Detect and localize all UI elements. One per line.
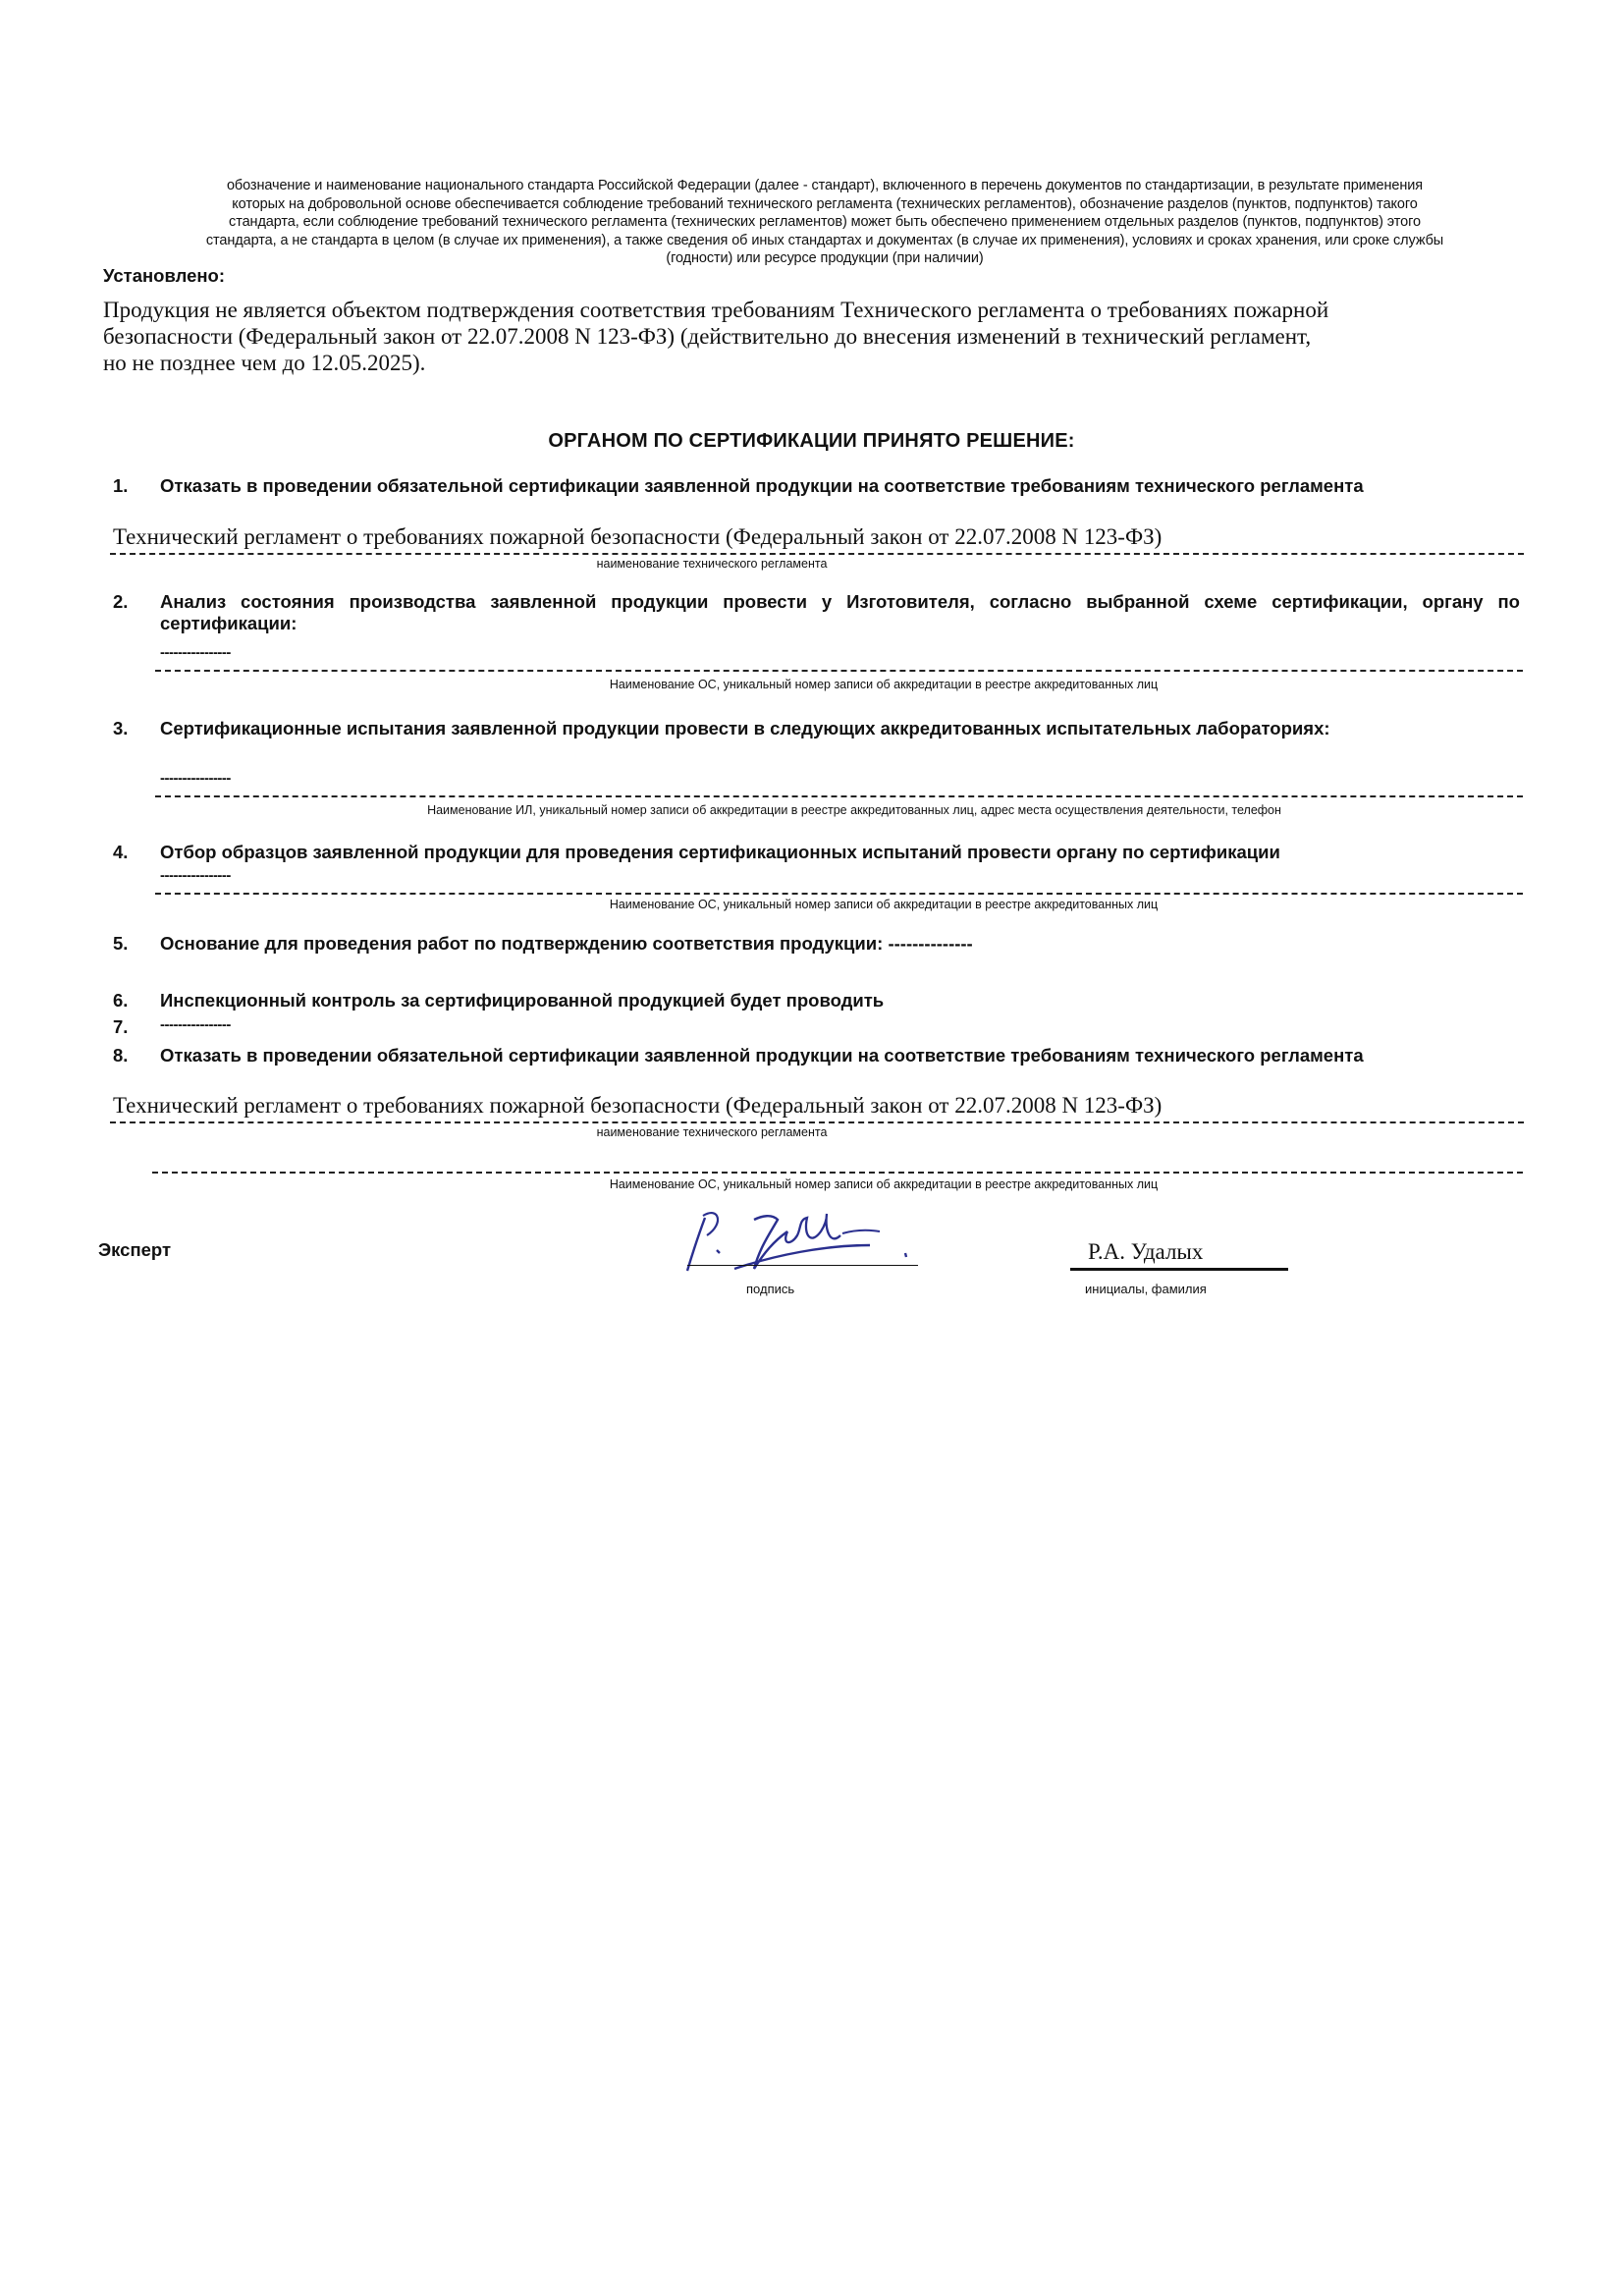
item-text: Отбор образцов заявленной продукции для … bbox=[160, 842, 1535, 863]
expert-label: Эксперт bbox=[98, 1239, 171, 1261]
note-line: стандарта, а не стандарта в целом (в слу… bbox=[98, 232, 1551, 250]
fill-line bbox=[155, 893, 1523, 895]
standard-description-note: обозначение и наименование национального… bbox=[98, 177, 1551, 268]
item-text: Основание для проведения работ по подтве… bbox=[160, 933, 1436, 955]
expert-name: Р.А. Удалых bbox=[1088, 1239, 1203, 1265]
signature-caption: подпись bbox=[746, 1282, 794, 1296]
note-line: которых на добровольной основе обеспечив… bbox=[98, 195, 1551, 214]
field-caption: Наименование ОС, уникальный номер записи… bbox=[393, 678, 1375, 691]
note-line: (годности) или ресурсе продукции (при на… bbox=[98, 249, 1551, 268]
established-line: но не позднее чем до 12.05.2025). bbox=[103, 350, 1546, 376]
field-caption: Наименование ИЛ, уникальный номер записи… bbox=[236, 803, 1473, 817]
fill-line bbox=[110, 553, 1524, 555]
field-caption: Наименование ОС, уникальный номер записи… bbox=[393, 898, 1375, 911]
item-text: Отказать в проведении обязательной серти… bbox=[160, 1045, 1520, 1066]
item-text: Инспекционный контроль за сертифицирован… bbox=[160, 990, 1436, 1011]
fill-line bbox=[110, 1121, 1524, 1123]
regulation-name-value: Технический регламент о требованиях пожа… bbox=[113, 1093, 1162, 1119]
established-text: Продукция не является объектом подтвержд… bbox=[103, 297, 1546, 376]
empty-value-dashes: ---------------- bbox=[160, 867, 231, 884]
name-caption: инициалы, фамилия bbox=[1085, 1282, 1207, 1296]
name-line bbox=[1070, 1268, 1288, 1271]
item-number: 4. bbox=[113, 842, 128, 863]
regulation-name-value: Технический регламент о требованиях пожа… bbox=[113, 524, 1162, 550]
empty-value-dashes: ---------------- bbox=[160, 644, 231, 661]
note-line: стандарта, если соблюдение требований те… bbox=[98, 213, 1551, 232]
item-number: 3. bbox=[113, 718, 128, 739]
fill-line bbox=[155, 670, 1523, 672]
item-number: 8. bbox=[113, 1045, 128, 1066]
item-number: 2. bbox=[113, 591, 128, 613]
item-number: 1. bbox=[113, 475, 128, 497]
fill-line bbox=[152, 1172, 1523, 1174]
decision-title: ОРГАНОМ ПО СЕРТИФИКАЦИИ ПРИНЯТО РЕШЕНИЕ: bbox=[0, 430, 1623, 453]
signature-line bbox=[687, 1265, 918, 1266]
item-number: 5. bbox=[113, 933, 128, 955]
empty-value-dashes: ---------------- bbox=[160, 1016, 231, 1033]
field-caption: наименование технического регламента bbox=[393, 557, 1031, 571]
established-line: безопасности (Федеральный закон от 22.07… bbox=[103, 323, 1546, 350]
item-number: 7. bbox=[113, 1016, 128, 1038]
item-text: Отказать в проведении обязательной серти… bbox=[160, 475, 1520, 497]
fill-line bbox=[155, 795, 1523, 797]
empty-value-dashes: ---------------- bbox=[160, 770, 231, 787]
field-caption: Наименование ОС, уникальный номер записи… bbox=[393, 1177, 1375, 1191]
item-number: 6. bbox=[113, 990, 128, 1011]
established-label: Установлено: bbox=[103, 265, 225, 287]
note-line: обозначение и наименование национального… bbox=[98, 177, 1551, 195]
established-line: Продукция не является объектом подтвержд… bbox=[103, 297, 1546, 323]
handwritten-signature-icon bbox=[677, 1206, 923, 1280]
item-text: Анализ состояния производства заявленной… bbox=[160, 591, 1520, 634]
item-text: Сертификационные испытания заявленной пр… bbox=[160, 718, 1520, 739]
field-caption: наименование технического регламента bbox=[393, 1125, 1031, 1139]
